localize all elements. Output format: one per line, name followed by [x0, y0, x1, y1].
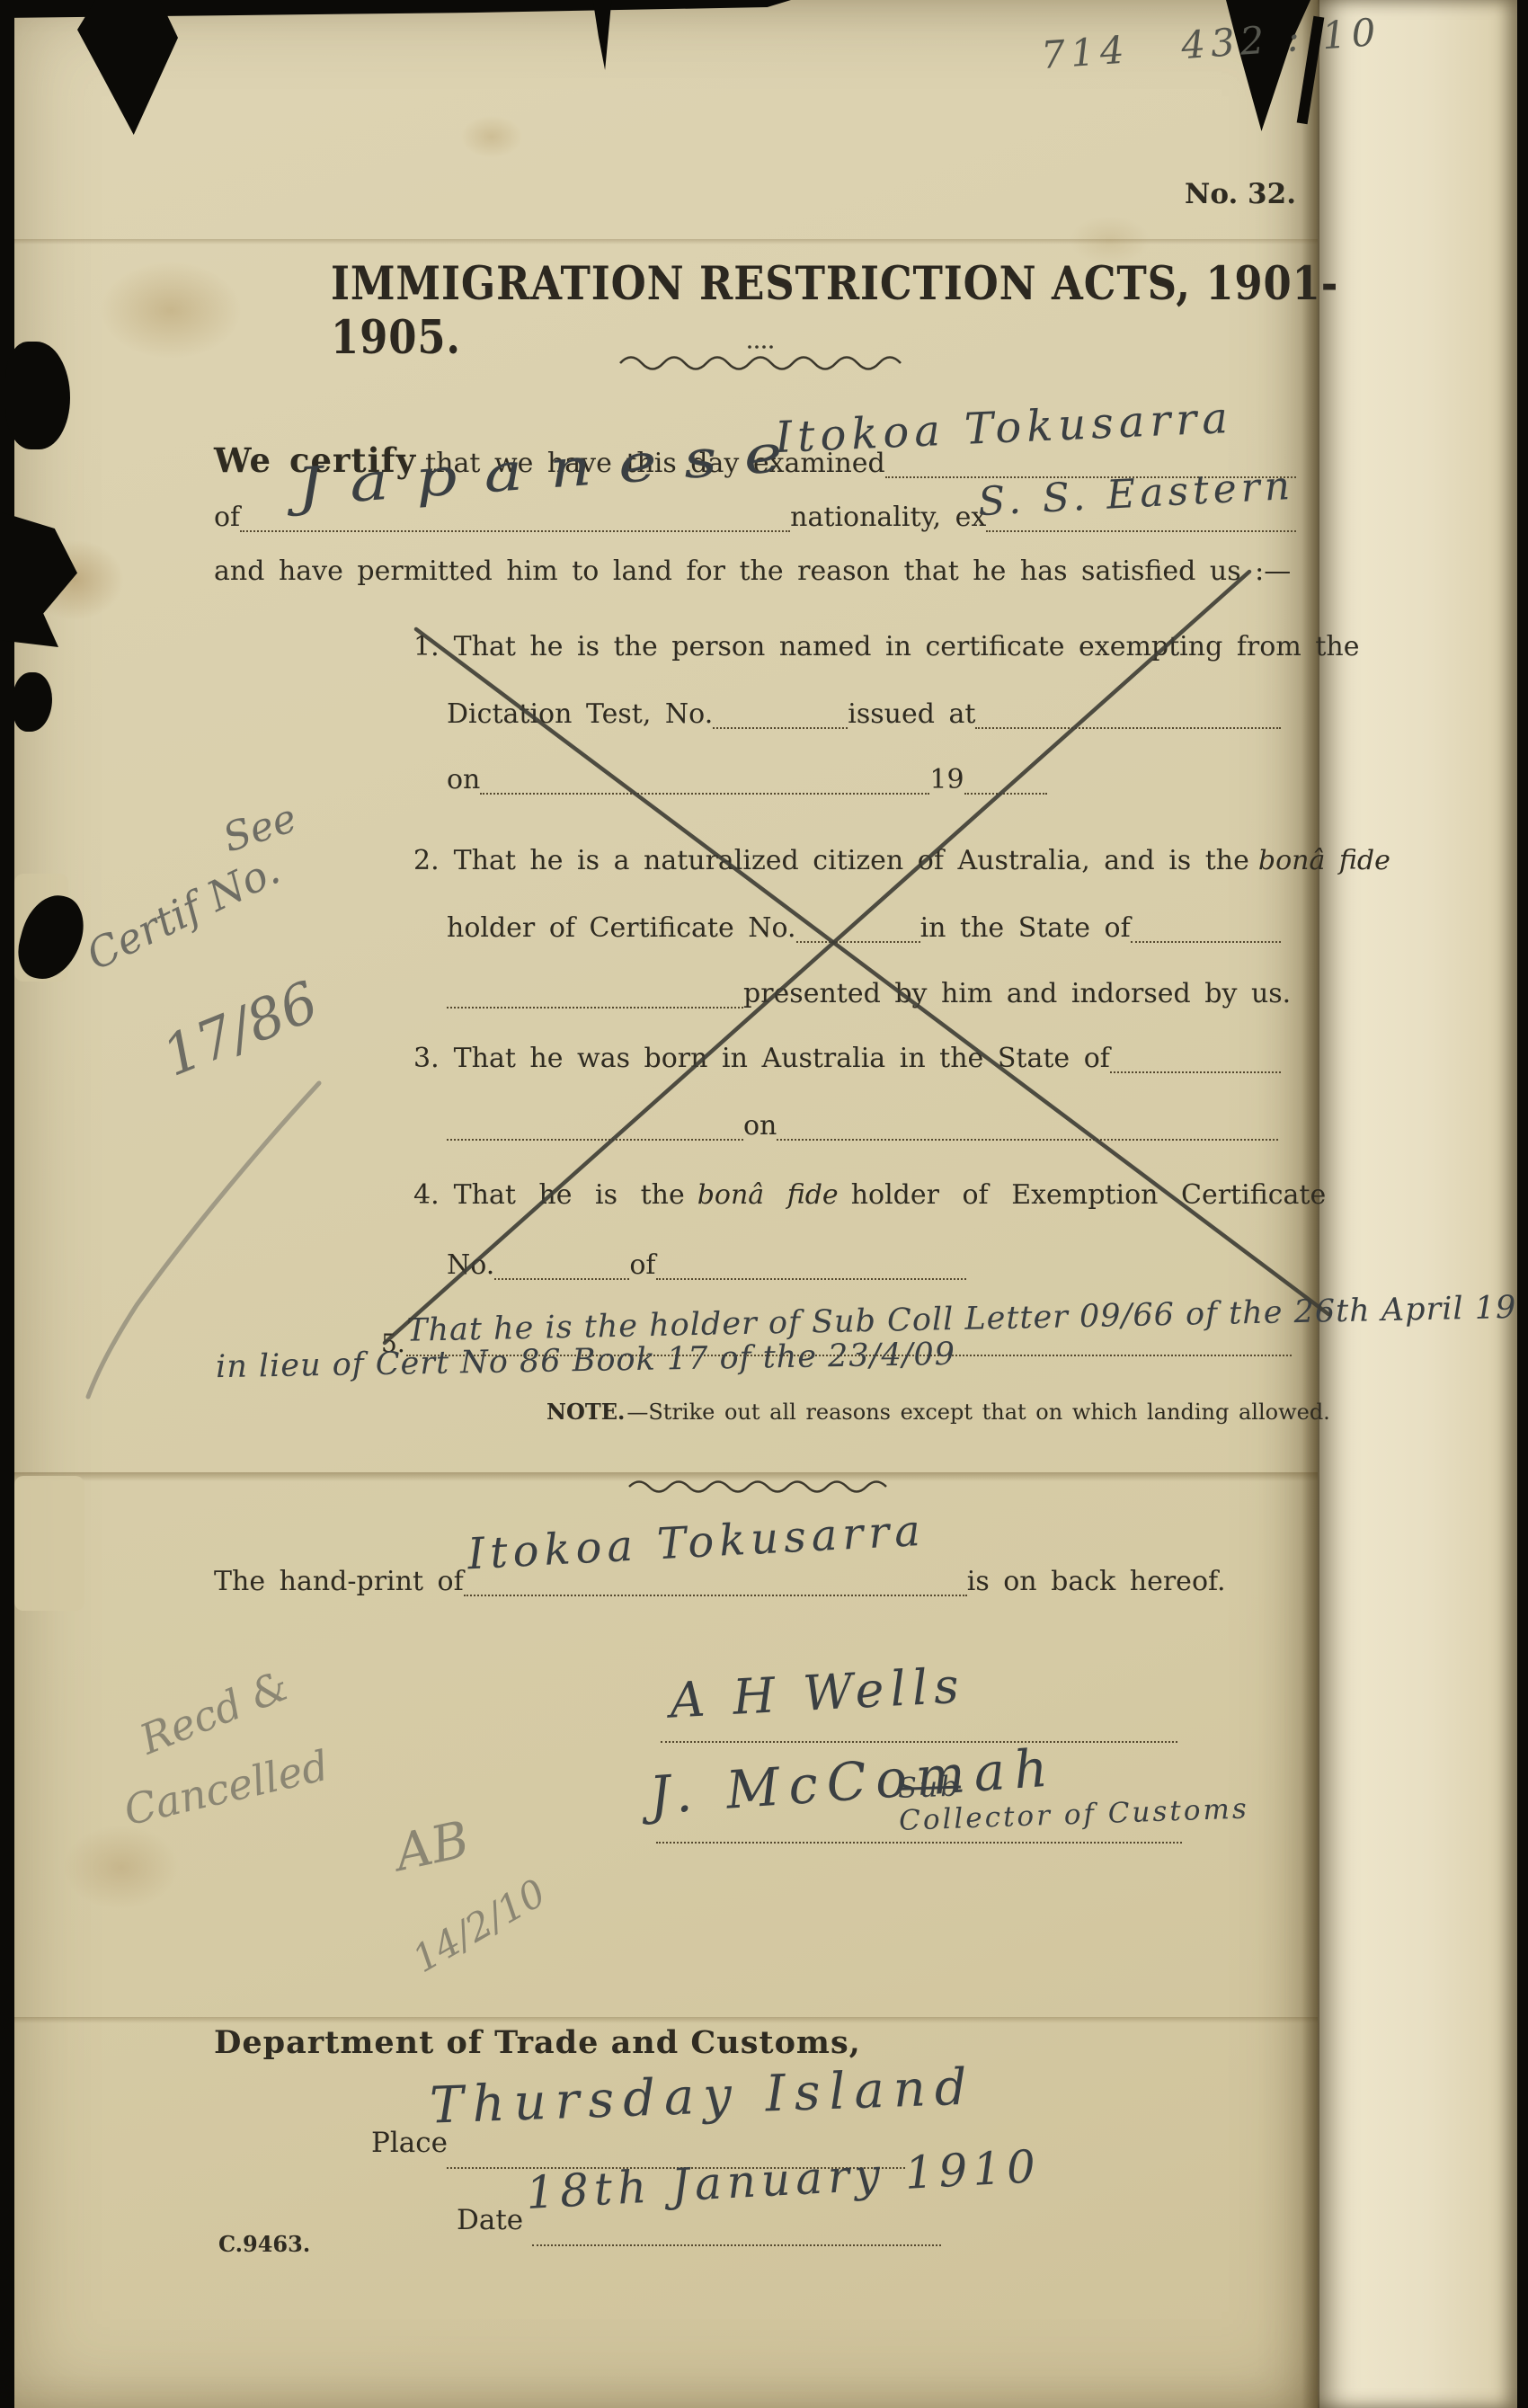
exemption-of-label: of: [629, 1249, 655, 1281]
handprint-suffix: is on back hereof.: [967, 1566, 1226, 1597]
document-number: No. 32.: [1185, 178, 1296, 210]
blank-presented: [447, 1000, 743, 1009]
reason-4-number: 4.: [413, 1179, 440, 1211]
blank-born-date: [777, 1132, 1278, 1141]
blank-state: [1131, 934, 1281, 943]
born-on-label: on: [743, 1110, 777, 1142]
document-scan: 714 432 : 10 No. 32. IMMIGRATION RESTRIC…: [0, 0, 1528, 2408]
form-code: C.9463.: [218, 2231, 310, 2257]
reason-1-number: 1.: [413, 631, 440, 662]
state-of-label: in the State of: [920, 912, 1131, 944]
blank-born-state-2: [447, 1132, 743, 1141]
handprint-prefix: The hand-print of: [214, 1566, 464, 1597]
reason-4-text-b: holder of Exemption Certificate: [851, 1179, 1327, 1211]
permitted-text: and have permitted him to land for the r…: [214, 555, 1291, 587]
blank-issued-at: [975, 720, 1281, 729]
reason-1-line-3: on 19: [447, 764, 1047, 795]
page-title: IMMIGRATION RESTRICTION ACTS, 1901-1905.: [331, 257, 1384, 365]
blank-ship: [986, 523, 1296, 532]
reason-2-line-2: holder of Certificate No. in the State o…: [447, 912, 1281, 944]
reason-2-number: 2.: [413, 845, 440, 876]
blank-handprint-name: [464, 1587, 967, 1596]
bona-fide-italic: bonâ fide: [1258, 845, 1390, 876]
on-label: on: [447, 764, 480, 795]
blank-exemption-of: [656, 1271, 966, 1280]
note-label: NOTE.: [546, 1399, 625, 1425]
reason-4-line-1: 4. That he is the bonâ fide holder of Ex…: [413, 1179, 1326, 1211]
department-title: Department of Trade and Customs,: [214, 2024, 861, 2061]
reason-1-line-2: Dictation Test, No. issued at: [447, 698, 1281, 730]
blank-test-no: [713, 720, 848, 729]
nationality-label: nationality, ex: [790, 502, 986, 533]
certificate-no-label: holder of Certificate No.: [447, 912, 796, 944]
reason-4-line-2: No. of: [447, 1249, 966, 1281]
date-label: Date: [457, 2204, 523, 2236]
reason-3-line-1: 3. That he was born in Australia in the …: [413, 1043, 1281, 1074]
blank-born-state: [1110, 1064, 1281, 1073]
note-line: NOTE. —Strike out all reasons except tha…: [546, 1399, 1330, 1425]
reason-2-text: That he is a naturalized citizen of Aust…: [454, 845, 1249, 876]
reason-3-text: That he was born in Australia in the Sta…: [454, 1043, 1110, 1074]
issued-at-label: issued at: [848, 698, 975, 730]
handprint-line: The hand-print of is on back hereof.: [214, 1566, 1257, 1597]
torn-blob-left: [5, 342, 70, 449]
reason-4-text-a: That he is the: [454, 1179, 685, 1211]
presented-text: presented by him and indorsed by us.: [743, 978, 1291, 1009]
reason-2-line-1: 2. That he is a naturalized citizen of A…: [413, 845, 1390, 876]
blank-exemption-no: [494, 1271, 629, 1280]
of-label: of: [214, 502, 240, 533]
certify-line-3: and have permitted him to land for the r…: [214, 555, 1291, 587]
blank-on-date: [480, 786, 929, 795]
reason-1-text: That he is the person named in certifica…: [454, 631, 1360, 662]
year-19-label: 19: [929, 764, 964, 795]
reason-3-number: 3.: [413, 1043, 440, 1074]
reason-3-line-2: on: [447, 1110, 1278, 1142]
bona-fide-italic-2: bonâ fide: [697, 1179, 839, 1211]
torn-edge-right: [1517, 0, 1528, 2408]
blank-year: [964, 786, 1047, 795]
note-text: —Strike out all reasons except that on w…: [626, 1399, 1329, 1425]
blank-cert-no: [796, 934, 920, 943]
blank-nationality: [240, 523, 790, 532]
reason-1-line-1: 1. That he is the person named in certif…: [413, 631, 1359, 662]
date-line: [532, 2244, 941, 2246]
dictation-test-label: Dictation Test, No.: [447, 698, 713, 730]
reason-2-line-3: presented by him and indorsed by us.: [447, 978, 1291, 1009]
tape-repair: [14, 1476, 84, 1611]
exemption-no-label: No.: [447, 1249, 494, 1281]
